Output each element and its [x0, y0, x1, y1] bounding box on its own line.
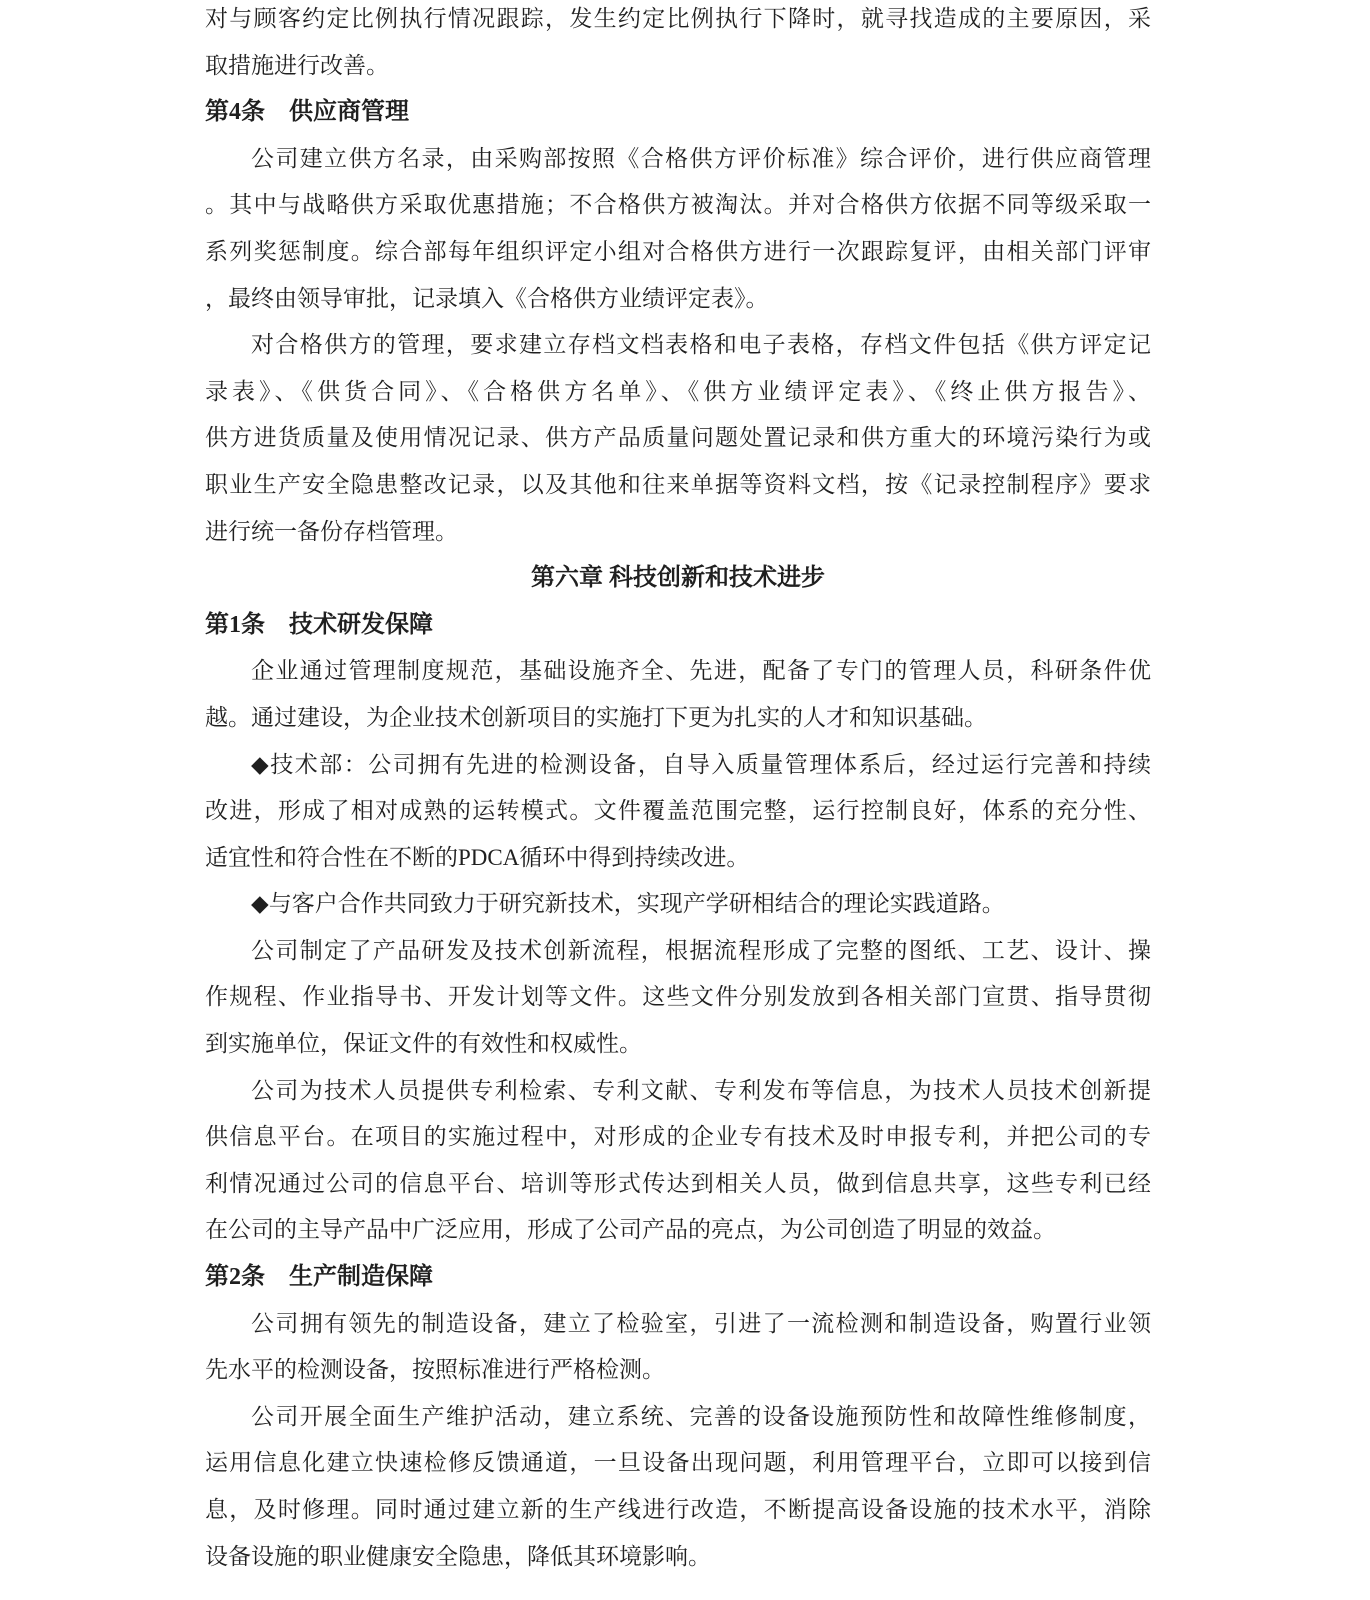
paragraph-line: 公司开展全面生产维护活动，建立系统、完善的设备设施预防性和故障性维修制度，: [205, 1394, 1151, 1441]
paragraph-line: 设备设施的职业健康安全隐患，降低其环境影响。: [205, 1534, 1151, 1581]
section-heading: 第2条 生产制造保障: [205, 1254, 1151, 1301]
paragraph-line: 越。通过建设，为企业技术创新项目的实施打下更为扎实的人才和知识基础。: [205, 695, 1151, 742]
paragraph-line: 作规程、作业指导书、开发计划等文件。这些文件分别发放到各相关部门宣贯、指导贯彻: [205, 974, 1151, 1021]
paragraph-line: 适宜性和符合性在不断的PDCA循环中得到持续改进。: [205, 835, 1151, 882]
paragraph-line: 在公司的主导产品中广泛应用，形成了公司产品的亮点，为公司创造了明显的效益。: [205, 1207, 1151, 1254]
paragraph-line: 改进，形成了相对成熟的运转模式。文件覆盖范围完整，运行控制良好，体系的充分性、: [205, 788, 1151, 835]
paragraph-line: 到实施单位，保证文件的有效性和权威性。: [205, 1021, 1151, 1068]
paragraph-line: ◆技术部：公司拥有先进的检测设备，自导入质量管理体系后，经过运行完善和持续: [205, 742, 1151, 789]
paragraph-line: 运用信息化建立快速检修反馈通道，一旦设备出现问题，利用管理平台，立即可以接到信: [205, 1440, 1151, 1487]
paragraph-line: 企业通过管理制度规范，基础设施齐全、先进，配备了专门的管理人员，科研条件优: [205, 648, 1151, 695]
paragraph-line: 公司建立供方名录，由采购部按照《合格供方评价标准》综合评价，进行供应商管理: [205, 136, 1151, 183]
paragraph-line: 公司拥有领先的制造设备，建立了检验室，引进了一流检测和制造设备，购置行业领: [205, 1301, 1151, 1348]
section-heading: 第4条 供应商管理: [205, 89, 1151, 136]
paragraph-line: 。其中与战略供方采取优惠措施；不合格供方被淘汰。并对合格供方依据不同等级采取一: [205, 182, 1151, 229]
paragraph-line: 供信息平台。在项目的实施过程中，对形成的企业专有技术及时申报专利，并把公司的专: [205, 1114, 1151, 1161]
paragraph-line: 先水平的检测设备，按照标准进行严格检测。: [205, 1347, 1151, 1394]
paragraph-line: 供方进货质量及使用情况记录、供方产品质量问题处置记录和供方重大的环境污染行为或: [205, 415, 1151, 462]
paragraph-line: 公司为技术人员提供专利检索、专利文献、专利发布等信息，为技术人员技术创新提: [205, 1068, 1151, 1115]
paragraph-line: 息，及时修理。同时通过建立新的生产线进行改造，不断提高设备设施的技术水平，消除: [205, 1487, 1151, 1534]
paragraph-line: ，最终由领导审批，记录填入《合格供方业绩评定表》。: [205, 276, 1151, 323]
paragraph-line: ◆与客户合作共同致力于研究新技术，实现产学研相结合的理论实践道路。: [205, 881, 1151, 928]
document-page: 对与顾客约定比例执行情况跟踪，发生约定比例执行下降时，就寻找造成的主要原因，采取…: [205, 0, 1151, 1580]
paragraph-line: 公司制定了产品研发及技术创新流程，根据流程形成了完整的图纸、工艺、设计、操: [205, 928, 1151, 975]
paragraph-line: 系列奖惩制度。综合部每年组织评定小组对合格供方进行一次跟踪复评，由相关部门评审: [205, 229, 1151, 276]
paragraph-line: 对合格供方的管理，要求建立存档文档表格和电子表格，存档文件包括《供方评定记: [205, 322, 1151, 369]
section-heading: 第1条 技术研发保障: [205, 602, 1151, 649]
chapter-heading: 第六章 科技创新和技术进步: [205, 555, 1151, 602]
paragraph-line: 职业生产安全隐患整改记录，以及其他和往来单据等资料文档，按《记录控制程序》要求: [205, 462, 1151, 509]
paragraph-line: 利情况通过公司的信息平台、培训等形式传达到相关人员，做到信息共享，这些专利已经: [205, 1161, 1151, 1208]
paragraph-line: 取措施进行改善。: [205, 43, 1151, 90]
paragraph-line: 进行统一备份存档管理。: [205, 509, 1151, 556]
paragraph-line: 对与顾客约定比例执行情况跟踪，发生约定比例执行下降时，就寻找造成的主要原因，采: [205, 0, 1151, 43]
paragraph-line: 录表》、《供货合同》、《合格供方名单》、《供方业绩评定表》、《终止供方报告》、: [205, 369, 1151, 416]
